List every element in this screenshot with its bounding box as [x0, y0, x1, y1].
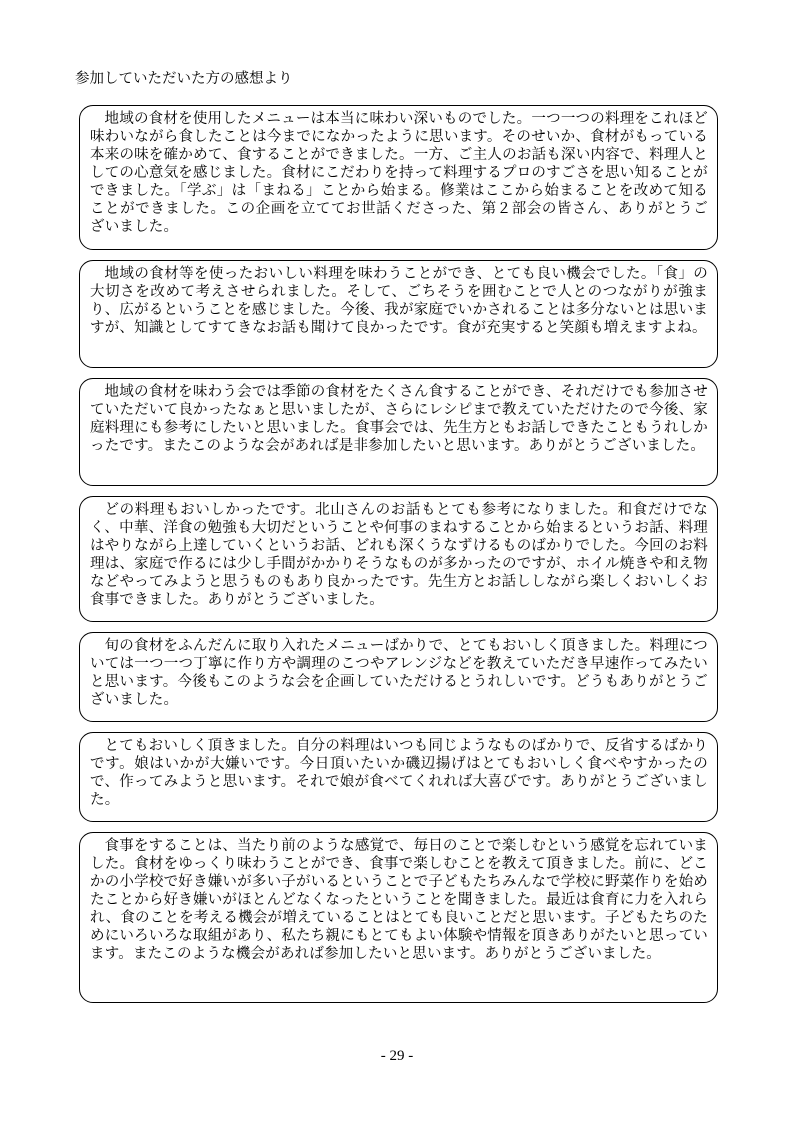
comment-text: 地域の食材を使用したメニューは本当に味わい深いものでした。一つ一つの料理をこれほ…	[90, 110, 708, 236]
comment-text: とてもおいしく頂きました。自分の料理はいつも同じようなものばかりで、反省するばか…	[90, 737, 708, 809]
comment-box-list: 地域の食材を使用したメニューは本当に味わい深いものでした。一つ一つの料理をこれほ…	[79, 105, 718, 1013]
comment-box: 地域の食材を味わう会では季節の食材をたくさん食することができ、それだけでも参加さ…	[79, 378, 718, 486]
comment-text: 地域の食材等を使ったおいしい料理を味わうことができ、とても良い機会でした。「食」…	[90, 265, 708, 337]
comment-box: 食事をすることは、当たり前のような感覚で、毎日のことで楽しむという感覚を忘れてい…	[79, 832, 718, 1003]
comment-box: とてもおいしく頂きました。自分の料理はいつも同じようなものばかりで、反省するばか…	[79, 732, 718, 822]
comment-text: どの料理もおいしかったです。北山さんのお話もとても参考になりました。和食だけでな…	[90, 501, 708, 609]
comment-box: どの料理もおいしかったです。北山さんのお話もとても参考になりました。和食だけでな…	[79, 496, 718, 622]
page-title: 参加していただいた方の感想より	[75, 70, 293, 88]
comment-box: 地域の食材等を使ったおいしい料理を味わうことができ、とても良い機会でした。「食」…	[79, 260, 718, 368]
comment-text: 食事をすることは、当たり前のような感覚で、毎日のことで楽しむという感覚を忘れてい…	[90, 837, 708, 963]
comment-box: 地域の食材を使用したメニューは本当に味わい深いものでした。一つ一つの料理をこれほ…	[79, 105, 718, 250]
page-number: - 29 -	[0, 1047, 794, 1065]
comment-text: 旬の食材をふんだんに取り入れたメニューばかりで、とてもおいしく頂きました。料理に…	[90, 637, 708, 709]
comment-text: 地域の食材を味わう会では季節の食材をたくさん食することができ、それだけでも参加さ…	[90, 383, 708, 455]
comment-box: 旬の食材をふんだんに取り入れたメニューばかりで、とてもおいしく頂きました。料理に…	[79, 632, 718, 722]
document-page: 参加していただいた方の感想より 地域の食材を使用したメニューは本当に味わい深いも…	[0, 0, 794, 1123]
